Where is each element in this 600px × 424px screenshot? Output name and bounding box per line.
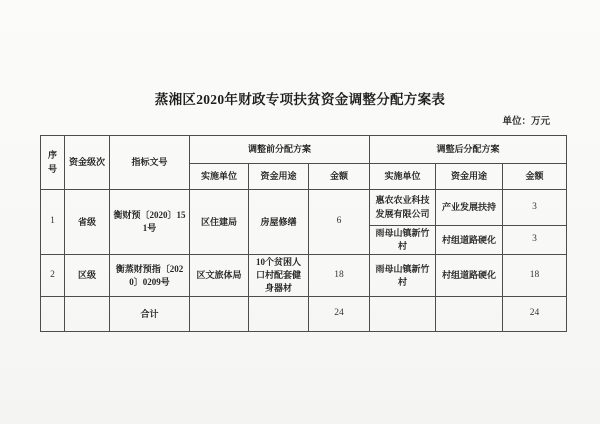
- col-header-fund-use-after: 资金用途: [436, 164, 503, 190]
- cell-total-fund-level-empty: [65, 297, 110, 332]
- table-row-1a: 1 省级 衡财预〔2020〕151号 区住建局 房屋修缮 6 惠农农业科技发展有…: [41, 190, 567, 226]
- cell-row1-after1-fund-use: 产业发展扶持: [436, 190, 503, 226]
- cell-row1-after2-amount: 3: [503, 226, 567, 255]
- cell-row1-after1-impl-unit: 惠农农业科技发展有限公司: [370, 190, 436, 226]
- cell-total-before-amount: 24: [309, 297, 370, 332]
- col-header-amount-before: 金额: [309, 164, 370, 190]
- cell-total-before-impl-unit-empty: [190, 297, 249, 332]
- cell-total-label: 合计: [110, 297, 190, 332]
- cell-row1-seq: 1: [41, 190, 65, 255]
- cell-total-after-fund-use-empty: [436, 297, 503, 332]
- cell-row2-fund-level: 区级: [65, 255, 110, 297]
- cell-row1-fund-level: 省级: [65, 190, 110, 255]
- cell-total-after-amount: 24: [503, 297, 567, 332]
- cell-row1-after2-impl-unit: 雨母山镇新竹村: [370, 226, 436, 255]
- group-header-before-adjustment: 调整前分配方案: [190, 136, 370, 164]
- document-title: 蒸湘区2020年财政专项扶贫资金调整分配方案表: [0, 88, 600, 108]
- cell-row2-doc-no: 衡蒸财预指〔2020〕0209号: [110, 255, 190, 297]
- cell-row1-after1-amount: 3: [503, 190, 567, 226]
- cell-row1-before-amount: 6: [309, 190, 370, 255]
- col-header-doc-no: 指标文号: [110, 136, 190, 190]
- scanned-document-page: 蒸湘区2020年财政专项扶贫资金调整分配方案表 单位：万元 序号 资金级次 指标…: [0, 0, 600, 424]
- cell-row1-doc-no: 衡财预〔2020〕151号: [110, 190, 190, 255]
- col-header-seq: 序号: [41, 136, 65, 190]
- cell-total-before-fund-use-empty: [249, 297, 309, 332]
- cell-row2-after-amount: 18: [503, 255, 567, 297]
- cell-row2-after-fund-use: 村组道路硬化: [436, 255, 503, 297]
- group-header-after-adjustment: 调整后分配方案: [370, 136, 567, 164]
- unit-note: 单位：万元: [40, 113, 566, 127]
- cell-total-seq-empty: [41, 297, 65, 332]
- col-header-fund-level: 资金级次: [65, 136, 110, 190]
- cell-row2-before-amount: 18: [309, 255, 370, 297]
- col-header-fund-use-before: 资金用途: [249, 164, 309, 190]
- cell-row1-before-fund-use: 房屋修缮: [249, 190, 309, 255]
- table-row-total: 合计 24 24: [41, 297, 567, 332]
- cell-row2-seq: 2: [41, 255, 65, 297]
- cell-row1-before-impl-unit: 区住建局: [190, 190, 249, 255]
- col-header-amount-after: 金额: [503, 164, 567, 190]
- col-header-impl-unit-after: 实施单位: [370, 164, 436, 190]
- cell-row2-after-impl-unit: 雨母山镇新竹村: [370, 255, 436, 297]
- allocation-table: 序号 资金级次 指标文号 调整前分配方案 调整后分配方案 实施单位 资金用途 金…: [40, 135, 567, 332]
- table-row-2: 2 区级 衡蒸财预指〔2020〕0209号 区文旅体局 10个贫困人口村配套健身…: [41, 255, 567, 297]
- header-row-groups: 序号 资金级次 指标文号 调整前分配方案 调整后分配方案: [41, 136, 567, 164]
- cell-row2-before-fund-use: 10个贫困人口村配套健身器材: [249, 255, 309, 297]
- cell-total-after-impl-unit-empty: [370, 297, 436, 332]
- col-header-impl-unit-before: 实施单位: [190, 164, 249, 190]
- cell-row1-after2-fund-use: 村组道路硬化: [436, 226, 503, 255]
- cell-row2-before-impl-unit: 区文旅体局: [190, 255, 249, 297]
